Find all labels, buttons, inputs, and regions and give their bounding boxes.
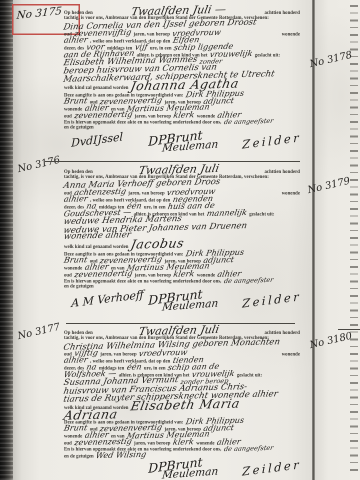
signature-block: DPBrunt Meuleman Zeilder	[64, 458, 300, 480]
birth-record-3175: Op heden den Twaalfden Juli — achttien h…	[64, 7, 300, 154]
printed-text: wonende	[282, 32, 300, 38]
child-gender: vrouwelijk	[209, 50, 253, 58]
witness2-name: Martinus Meuleman	[126, 103, 210, 112]
witness2-occupation: klerk	[173, 270, 195, 278]
child-name: Elisabeth Maria	[130, 399, 241, 411]
signature: DvdIJssel	[71, 131, 123, 150]
printed-text: ure, in een	[150, 46, 172, 52]
slot-note: de aangeefster	[223, 118, 274, 126]
birth-hour: vijf	[134, 43, 148, 50]
printed-text: achttien honderd	[265, 10, 301, 16]
printed-text: geslacht uit:	[255, 53, 280, 59]
act-date: Twaalfden Juli —	[131, 6, 227, 16]
scanned-document: No 3175 No 3176 No 3177 No 3178 No 3179 …	[0, 0, 360, 480]
birth-hour: één	[126, 363, 142, 370]
printed-text: en de getuigen	[64, 284, 94, 290]
printed-text: jaren, van beroep	[133, 32, 169, 38]
printed-text: jaren, van beroep	[128, 191, 164, 197]
record-line: Op heden den Twaalfden Juli achttien hon…	[64, 166, 300, 174]
witness2-occupation: klerk	[173, 111, 195, 119]
printed-text: ure, in een	[144, 366, 166, 372]
witness2-name: Martinus Meuleman	[126, 430, 210, 439]
slot-note: de aangeefster	[223, 277, 274, 285]
father-detail: wonende alhier	[63, 231, 131, 240]
witness2-age: zevenendertig	[74, 111, 133, 120]
record-line: welk kind zal genaamd worden Jacobus	[64, 240, 300, 250]
declarant-residence: alhier	[63, 195, 88, 203]
witness1-surname: Brunt	[63, 256, 88, 264]
witness1-surname: Brunt	[63, 97, 88, 105]
child-gender: mannelijk	[206, 209, 247, 217]
signature: A M Verhoeff	[71, 288, 144, 310]
slot-note: de aangeefster	[223, 445, 274, 453]
printed-text: wonende	[282, 191, 300, 197]
birth-record-3177: Op heden den Twaalfden Juli achttien hon…	[64, 327, 300, 480]
printed-text: en de getuigen	[64, 125, 94, 131]
printed-text: achttien honderd	[264, 330, 300, 336]
record-line: Op heden den Twaalfden Juli — achttien h…	[64, 7, 300, 15]
declarant-residence: alhier	[63, 356, 88, 364]
signature: Meuleman	[161, 297, 218, 313]
record-line: Deze aangifte is aan ons gedaan in tegen…	[64, 250, 300, 257]
declarant-residence: alhier	[63, 36, 88, 44]
child-name-2: Adriana	[63, 410, 118, 420]
witness2-age: zevenenzestig	[74, 438, 133, 446]
child-name: Jacobus	[130, 239, 185, 249]
birth-record-3176: Op heden den Twaalfden Juli achttien hon…	[64, 166, 300, 313]
act-date: Twaalfden Juli	[138, 165, 220, 175]
printed-text: achttien honderd	[264, 169, 300, 175]
book-binding-edge	[0, 0, 13, 480]
signature: Zeilder	[242, 458, 301, 478]
printed-text: geslacht uit:	[237, 373, 262, 379]
record-divider-line	[45, 161, 300, 162]
witness1-surname: Brunt	[63, 424, 88, 432]
signature: Zeilder	[242, 290, 301, 310]
witness2-age: zevenendertig	[74, 270, 133, 279]
signature-block: DvdIJssel DPBrunt Meuleman Zeilder	[64, 131, 300, 154]
printed-text: geslacht uit:	[249, 212, 274, 218]
printed-text: welk kind zal genaamd worden	[64, 244, 128, 250]
register-scan-page: No 3175 No 3176 No 3177 No 3178 No 3179 …	[0, 0, 360, 480]
record-number-3175: No 3175	[16, 7, 62, 19]
printed-text: jaren, van beroep	[100, 352, 136, 358]
printed-text: wonende	[282, 352, 300, 358]
printed-text: welk kind zal genaamd worden	[64, 85, 128, 91]
signature: Meuleman	[161, 138, 218, 154]
printed-text: ure, in een	[144, 205, 166, 211]
record-line: Op heden den Twaalfden Juli achttien hon…	[64, 327, 300, 335]
signature: Zeilder	[242, 131, 301, 151]
act-date: Twaalfden Juli	[138, 326, 220, 336]
witness2-occupation: klerk	[172, 438, 194, 446]
signature-block: A M Verhoeff DPBrunt Meuleman Zeilder	[64, 290, 300, 313]
witness2-name: Martinus Meuleman	[126, 262, 210, 271]
next-page-text-fragments	[350, 5, 358, 475]
